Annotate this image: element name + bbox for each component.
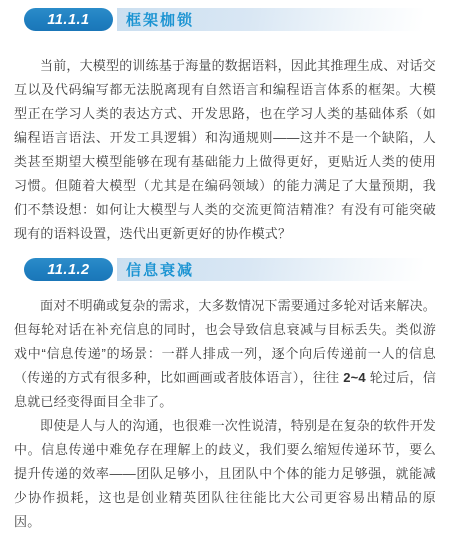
- rounds-count-emphasis: 2~4: [343, 370, 366, 385]
- section-number-badge: 11.1.2: [24, 258, 113, 281]
- section-title: 信息衰减: [126, 259, 194, 280]
- paragraph: 面对不明确或复杂的需求，大多数情况下需要通过多轮对话来解决。但每轮对话在补充信息…: [14, 294, 436, 414]
- section-number-badge: 11.1.1: [24, 8, 113, 31]
- section-title: 框架枷锁: [126, 9, 194, 30]
- section-header-11-1-2: 11.1.2 信息衰减: [24, 258, 449, 281]
- section-header-11-1-1: 11.1.1 框架枷锁: [24, 8, 449, 31]
- paragraph: 即使是人与人的沟通，也很难一次性说清，特别是在复杂的软件开发中。信息传递中难免存…: [14, 414, 436, 534]
- section-body-11-1-1: 当前，大模型的训练基于海量的数据语料，因此其推理生成、对话交互以及代码编写都无法…: [0, 54, 449, 246]
- paragraph: 当前，大模型的训练基于海量的数据语料，因此其推理生成、对话交互以及代码编写都无法…: [14, 54, 436, 246]
- section-body-11-1-2: 面对不明确或复杂的需求，大多数情况下需要通过多轮对话来解决。但每轮对话在补充信息…: [0, 294, 449, 534]
- section-title-strip: 框架枷锁: [117, 8, 449, 31]
- section-title-strip: 信息衰减: [117, 258, 449, 281]
- book-page: 11.1.1 框架枷锁 当前，大模型的训练基于海量的数据语料，因此其推理生成、对…: [0, 8, 449, 539]
